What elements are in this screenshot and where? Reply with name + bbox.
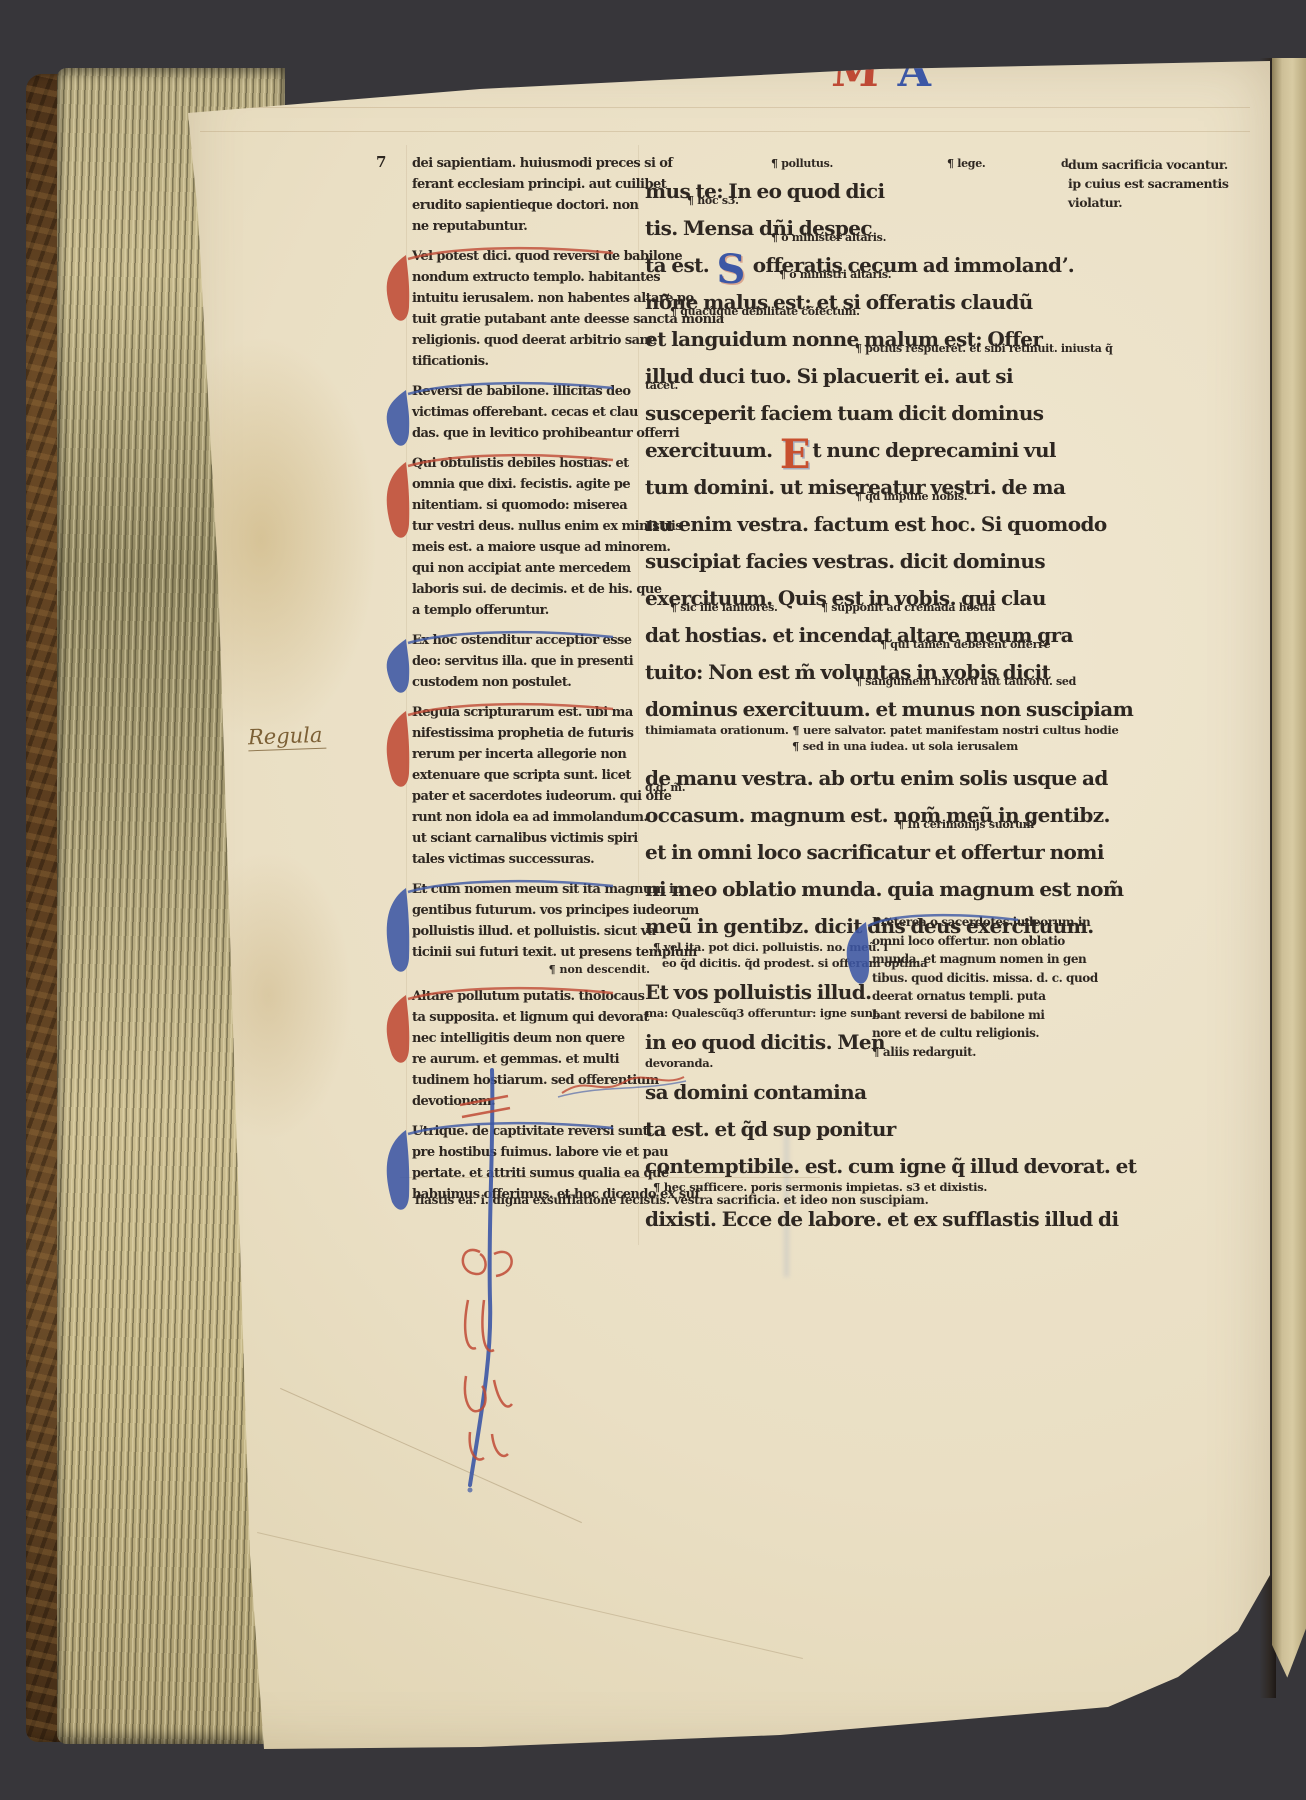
- commentary-block: Regula scripturarum est. ubi manifestiss…: [412, 702, 650, 870]
- main-text-line: susceperit faciem tuam dicit dominus: [645, 401, 1043, 425]
- ruling-line: [200, 131, 1250, 132]
- margin-gloss-line: ip cuius est sacramentis: [1068, 174, 1229, 193]
- interlinear-gloss: ¶ quacũque debilitate cõfectum.: [670, 306, 860, 318]
- commentary-text-line: tificationis.: [412, 351, 650, 372]
- gloss-text-line: ¶ sed in una iudea. ut sola ierusalem: [792, 738, 1230, 754]
- commentary-block: Qui obtulistis debiles hostias. etomnia …: [412, 453, 650, 621]
- penwork-flourish: [430, 1060, 550, 1500]
- main-text-row: sa domini contamina: [645, 1071, 1230, 1105]
- main-text-line: ta est. et q̃d sup ponitur: [645, 1117, 896, 1141]
- interlinear-gloss: ¶ In cerimonijs suorum: [897, 819, 1034, 831]
- commentary-text-line: erudito sapientieque doctori. non: [412, 195, 650, 216]
- commentary-block: Et cum nomen meum sit ita magnum ingenti…: [412, 879, 650, 977]
- commentary-block: Ex hoc ostenditur acceptior essedeo: ser…: [412, 630, 650, 693]
- interlinear-gloss: ¶ hoc s3.: [687, 195, 739, 207]
- main-text-line: exercituum. Et nunc deprecamini vul: [645, 438, 1056, 462]
- manuscript-photo: MA 7 Regula dei sapientiam. huiusmodi pr…: [0, 0, 1306, 1800]
- interlinear-gloss: ¶ potius respueret. et sibi retinuit. in…: [855, 343, 1112, 355]
- commentary-text-line: tales victimas successuras.: [412, 849, 650, 870]
- main-text-column: ¶ pollutus.¶ lege.dmus te: In eo quod di…: [645, 167, 1230, 1232]
- commentary-text-line: dei sapientiam. huiusmodi preces si of: [412, 153, 650, 174]
- line-filler-flourish: [558, 1069, 688, 1103]
- running-title-letter-red: M: [831, 51, 882, 93]
- main-text-row: de manu vestra. ab ortu enim solis usque…: [645, 754, 1230, 791]
- commentary-block: Vel potest dici. quod reversi de babilon…: [412, 246, 650, 372]
- margin-gloss-block: Preterea o sacerdotes iudeorum inomni lo…: [872, 913, 1067, 1061]
- interlinear-gloss: tacet.: [645, 380, 678, 392]
- main-text-line: et in omni loco sacrificatur et offertur…: [645, 840, 1104, 864]
- interlinear-gloss: ¶ sic ille ianitores.: [670, 602, 778, 614]
- commentary-text-line: laboris sui. de decimis. et de his. que: [412, 579, 650, 600]
- main-text-line: dominus exercituum. et munus non suscipi…: [645, 697, 1133, 721]
- main-text-row: tacet.susceperit faciem tuam dicit domin…: [645, 389, 1230, 426]
- main-text-line: nu enim vestra. factum est hoc. Si quomo…: [645, 512, 1107, 536]
- ruling-line: [200, 107, 1250, 108]
- margin-note-regula: Regula: [248, 724, 327, 752]
- margin-gloss-line: ¶ aliis redarguit.: [872, 1043, 1067, 1062]
- manuscript-page: MA 7 Regula dei sapientiam. huiusmodi pr…: [180, 55, 1270, 1755]
- main-text-line: in eo quod dicitis. Men: [645, 1030, 885, 1054]
- main-text-row: ni meo oblatio munda. quia magnum est no…: [645, 865, 1230, 902]
- commentary-text-line: qui non accipiat ante mercedem: [412, 558, 650, 579]
- commentary-column: dei sapientiam. huiusmodi preces si offe…: [412, 153, 650, 1214]
- running-title-letter-blue: A: [898, 51, 931, 93]
- main-text-line: occasum. magnum est. nom̃ meũ in gentibz…: [645, 803, 1110, 827]
- commentary-text-line: ferant ecclesiam principi. aut cuilibet: [412, 174, 650, 195]
- main-text-row: exercituum. Et nunc deprecamini vul: [645, 426, 1230, 463]
- commentary-block: Reversi de babilone. illicitas deovictim…: [412, 381, 650, 444]
- paragraph-mark-red: [378, 450, 623, 558]
- commentary-text-line: a templo offeruntur.: [412, 600, 650, 621]
- paragraph-mark-blue: [378, 876, 623, 992]
- interlinear-gloss: ¶ supponit ad cremãda hostia: [821, 602, 995, 614]
- parchment-crease: [257, 1532, 803, 1659]
- text-segment: t nunc deprecamini vul: [812, 438, 1055, 462]
- interlinear-gloss: ¶ q̃d impune nobis.: [855, 491, 967, 503]
- commentary-text-line: ut sciant carnalibus victimis spiri: [412, 828, 650, 849]
- gloss-text-line: thimiamata orationum. ¶ uere salvator. p…: [645, 722, 1230, 738]
- main-text-line: ni meo oblatio munda. quia magnum est no…: [645, 877, 1123, 901]
- interlinear-gloss: ¶ o minister altaris.: [771, 232, 886, 244]
- commentary-text-line: ne reputabuntur.: [412, 216, 650, 237]
- main-text-row: ¶ o minister altaris.ta est. S offeratis…: [645, 241, 1230, 278]
- main-text-line: dixisti. Ecce de labore. et ex sufflasti…: [645, 1207, 1118, 1231]
- text-segment: ta est.: [645, 253, 715, 277]
- interlinear-gloss: ¶ qui tamen deberent offerre: [880, 639, 1050, 651]
- interlinear-gloss: q.d. m̃.: [645, 782, 685, 794]
- margin-gloss-top-right: dum sacrificia vocantur.ip cuius est sac…: [1068, 155, 1229, 212]
- margin-gloss-line: violatur.: [1068, 193, 1229, 212]
- commentary-block: dei sapientiam. huiusmodi preces si offe…: [412, 153, 650, 237]
- main-text-line: contemptibile. est. cum igne q̃ illud de…: [645, 1154, 1136, 1178]
- main-text-line: illud duci tuo. Si placuerit ei. aut si: [645, 364, 1013, 388]
- paragraph-mark-red: [378, 699, 623, 807]
- quire-mark: 7: [376, 155, 386, 170]
- paragraph-mark-red: [378, 243, 623, 341]
- margin-gloss-line: nore et de cultu religionis.: [872, 1024, 1067, 1043]
- main-text-row: ¶ q̃d impune nobis.nu enim vestra. factu…: [645, 500, 1230, 537]
- main-text-row: ¶ potius respueret. et sibi retinuit. in…: [645, 352, 1230, 389]
- main-text-line: mus te: In eo quod dici: [645, 179, 885, 203]
- text-segment: exercituum.: [645, 438, 778, 462]
- main-text-row: ta est. et q̃d sup ponitur: [645, 1105, 1230, 1142]
- main-text-row: ¶ sanguinem hircorũ aut taurorũ. seddomi…: [645, 685, 1230, 722]
- main-text-line: suscipiat facies vestras. dicit dominus: [645, 549, 1045, 573]
- main-text-line: de manu vestra. ab ortu enim solis usque…: [645, 766, 1108, 790]
- main-text-row: contemptibile. est. cum igne q̃ illud de…: [645, 1142, 1230, 1179]
- interlinear-gloss: ¶ lege.: [947, 158, 985, 170]
- margin-gloss-line: bant reversi de babilone mi: [872, 1006, 1067, 1025]
- commentary-text-line: runt non idola ea ad immolandum.: [412, 807, 650, 828]
- running-title: MA: [832, 51, 931, 93]
- interlinear-gloss: ¶ o ministri altaris.: [779, 269, 891, 281]
- interlinear-gloss: ¶ pollutus.: [771, 158, 833, 170]
- gloss-text-line: ¶ hec sufficere. poris sermonis impietas…: [653, 1179, 1230, 1195]
- main-text-row: dixisti. Ecce de labore. et ex sufflasti…: [645, 1195, 1230, 1232]
- main-text-row: ¶ In cerimonijs suorumet in omni loco sa…: [645, 828, 1230, 865]
- next-page-edge: [1272, 58, 1306, 1694]
- main-text-row: suscipiat facies vestras. dicit dominus: [645, 537, 1230, 574]
- paragraph-mark-blue: [838, 910, 1028, 1004]
- margin-gloss-line: dum sacrificia vocantur.: [1068, 155, 1229, 174]
- interlinear-gloss: ¶ sanguinem hircorũ aut taurorũ. sed: [855, 676, 1076, 688]
